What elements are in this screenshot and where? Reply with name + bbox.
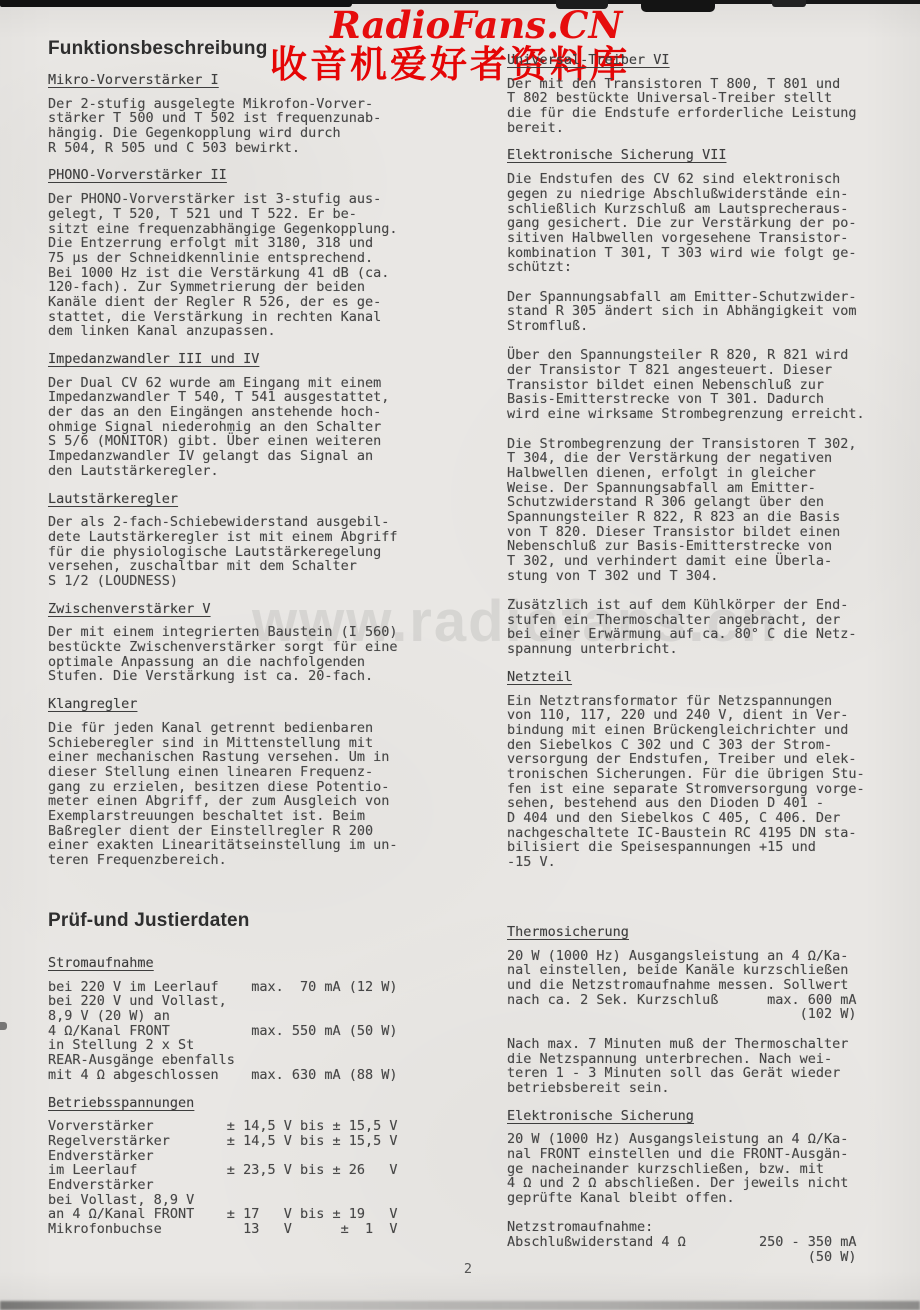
text-line: stattet, die Verstärkung in rechten Kana… bbox=[48, 310, 420, 325]
text-line bbox=[507, 422, 879, 437]
section-heading: Stromaufnahme bbox=[48, 956, 420, 971]
text-line: und die Netzstromaufnahme messen. Sollwe… bbox=[507, 978, 879, 993]
text-line: von T 820. Dieser Transistor bildet eine… bbox=[507, 525, 879, 540]
text-line: Stromfluß. bbox=[507, 319, 879, 334]
text-line: mit 4 Ω abgeschlossen max. 630 mA (88 W) bbox=[48, 1068, 420, 1083]
scan-top-blob bbox=[641, 0, 715, 12]
text-line: Nebenschluß zur Basis-Emitterstrecke von bbox=[507, 539, 879, 554]
text-line: optimale Anpassung an die nachfolgenden bbox=[48, 655, 420, 670]
text-line: Abschlußwiderstand 4 Ω 250 - 350 mA bbox=[507, 1235, 879, 1250]
section-heading: PHONO-Vorverstärker II bbox=[48, 168, 420, 183]
scan-top-edge-thick bbox=[0, 0, 352, 7]
text-line: 120-fach). Zur Symmetrierung der beiden bbox=[48, 280, 420, 295]
section-heading: Mikro-Vorverstärker I bbox=[48, 73, 420, 88]
scan-bottom-edge bbox=[0, 1301, 920, 1310]
text-line: Der mit den Transistoren T 800, T 801 un… bbox=[507, 77, 879, 92]
text-line: den Siebelkos C 302 und C 303 der Strom- bbox=[507, 738, 879, 753]
section-list: Universal-Treiber VIDer mit den Transist… bbox=[507, 53, 879, 870]
column-right-bottom: Thermosicherung20 W (1000 Hz) Ausgangsle… bbox=[507, 912, 879, 1264]
text-line: Regelverstärker ± 14,5 V bis ± 15,5 V bbox=[48, 1134, 420, 1149]
text-line: der Transistor T 821 angesteuert. Dieser bbox=[507, 363, 879, 378]
text-line: gang gesichert. Die zur Verstärkung der … bbox=[507, 216, 879, 231]
section-heading: Elektronische Sicherung bbox=[507, 1109, 879, 1124]
text-line: Baßregler dient der Einstellregler R 200 bbox=[48, 824, 420, 839]
text-line: Nach max. 7 Minuten muß der Thermoschalt… bbox=[507, 1037, 879, 1052]
text-line: -15 V. bbox=[507, 855, 879, 870]
text-line: Weise. Der Spannungsabfall am Emitter- bbox=[507, 481, 879, 496]
text-line bbox=[507, 1206, 879, 1221]
text-line bbox=[507, 275, 879, 290]
section-heading: Zwischenverstärker V bbox=[48, 602, 420, 617]
text-line bbox=[507, 1022, 879, 1037]
text-line: im Leerlauf ± 23,5 V bis ± 26 V bbox=[48, 1163, 420, 1178]
text-line: ge nacheinander kurzschließen, bzw. mit bbox=[507, 1162, 879, 1177]
section-list: Stromaufnahmebei 220 V im Leerlauf max. … bbox=[48, 956, 420, 1237]
text-line: Halbwellen dienen, erfolgt in gleicher bbox=[507, 466, 879, 481]
scan-margin-speck bbox=[0, 1022, 7, 1030]
text-line: Der mit einem integrierten Baustein (I 5… bbox=[48, 625, 420, 640]
text-line: S 1/2 (LOUDNESS) bbox=[48, 574, 420, 589]
text-line: gelegt, T 520, T 521 und T 522. Er be- bbox=[48, 207, 420, 222]
text-line: für die physiologische Lautstärkeregelun… bbox=[48, 545, 420, 560]
text-line: Netzstromaufnahme: bbox=[507, 1220, 879, 1235]
text-line: meter einen Abgriff, der zum Ausgleich v… bbox=[48, 794, 420, 809]
text-line: (102 W) bbox=[507, 1007, 879, 1022]
text-line: versorgung der Endstufen, Treiber und el… bbox=[507, 752, 879, 767]
text-line: einer mechanischen Rastung versehen. Um … bbox=[48, 750, 420, 765]
text-line: bestückte Zwischenverstärker sorgt für e… bbox=[48, 640, 420, 655]
text-line: Über den Spannungsteiler R 820, R 821 wi… bbox=[507, 348, 879, 363]
text-line: einer exakten Linearitätseinstellung im … bbox=[48, 838, 420, 853]
section-title: Prüf-und Justierdaten bbox=[48, 910, 420, 932]
text-line: T 304, die der Verstärkung der negativen bbox=[507, 451, 879, 466]
text-line: nach ca. 2 Sek. Kurzschluß max. 600 mA bbox=[507, 993, 879, 1008]
text-line: stärker T 500 und T 502 ist frequenzunab… bbox=[48, 111, 420, 126]
text-line: Die Endstufen des CV 62 sind elektronisc… bbox=[507, 172, 879, 187]
text-line: Basis-Emitterstrecke von T 301. Dadurch bbox=[507, 392, 879, 407]
text-line bbox=[507, 583, 879, 598]
text-line: bei 220 V und Vollast, bbox=[48, 994, 420, 1009]
page-title: Funktionsbeschreibung bbox=[48, 38, 420, 60]
text-line: 4 Ω/Kanal FRONT max. 550 mA (50 W) bbox=[48, 1024, 420, 1039]
text-line: Bei 1000 Hz ist die Verstärkung 41 dB (c… bbox=[48, 266, 420, 281]
section-heading: Thermosicherung bbox=[507, 925, 879, 940]
text-line: bei einer Erwärmung auf ca. 80° C die Ne… bbox=[507, 627, 879, 642]
text-line: Schutzwiderstand R 306 gelangt über den bbox=[507, 495, 879, 510]
text-line: betriebsbereit sein. bbox=[507, 1081, 879, 1096]
text-line: Die Entzerrung erfolgt mit 3180, 318 und bbox=[48, 236, 420, 251]
text-line: tronischen Sicherungen. Für die übrigen … bbox=[507, 767, 879, 782]
text-line: spannung unterbricht. bbox=[507, 642, 879, 657]
text-line: dieser Stellung einen linearen Frequenz- bbox=[48, 765, 420, 780]
text-line: 20 W (1000 Hz) Ausgangsleistung an 4 Ω/K… bbox=[507, 1132, 879, 1147]
text-line: gegen zu niedrige Abschlußwiderstände ei… bbox=[507, 187, 879, 202]
text-line: Impedanzwandler T 540, T 541 ausgestatte… bbox=[48, 390, 420, 405]
text-line: Zusätzlich ist auf dem Kühlkörper der En… bbox=[507, 598, 879, 613]
section-heading: Klangregler bbox=[48, 697, 420, 712]
text-line: Impedanzwandler IV gelangt das Signal an bbox=[48, 449, 420, 464]
text-line: Spannungsteiler R 822, R 823 an die Basi… bbox=[507, 510, 879, 525]
section-heading: Netzteil bbox=[507, 670, 879, 685]
text-line: an 4 Ω/Kanal FRONT ± 17 V bis ± 19 V bbox=[48, 1207, 420, 1222]
page-number: 2 bbox=[440, 1261, 496, 1277]
text-line: sitiven Halbwellen vorgesehene Transisto… bbox=[507, 231, 879, 246]
text-line: 8,9 V (20 W) an bbox=[48, 1009, 420, 1024]
text-line: kombination T 301, T 303 wird wie folgt … bbox=[507, 246, 879, 261]
text-line: Transistor bildet einen Nebenschluß zur bbox=[507, 378, 879, 393]
text-line: wird eine wirksame Strombegrenzung errei… bbox=[507, 407, 879, 422]
text-line: bilisiert die Speisespannungen +15 und bbox=[507, 840, 879, 855]
text-line: Vorverstärker ± 14,5 V bis ± 15,5 V bbox=[48, 1119, 420, 1134]
text-line: Der Dual CV 62 wurde am Eingang mit eine… bbox=[48, 376, 420, 391]
text-line: nal FRONT einstellen und die FRONT-Ausgä… bbox=[507, 1147, 879, 1162]
text-line: fen ist eine separate Stromversorgung vo… bbox=[507, 782, 879, 797]
text-line: REAR-Ausgänge ebenfalls bbox=[48, 1053, 420, 1068]
text-line: stand R 305 ändert sich in Abhängigkeit … bbox=[507, 304, 879, 319]
text-line: Der als 2-fach-Schiebewiderstand ausgebi… bbox=[48, 515, 420, 530]
text-line: Mikrofonbuchse 13 V ± 1 V bbox=[48, 1222, 420, 1237]
text-line: der das an den Eingängen anstehende hoch… bbox=[48, 405, 420, 420]
text-line: stung von T 302 und T 304. bbox=[507, 569, 879, 584]
text-line: hängig. Die Gegenkopplung wird durch bbox=[48, 126, 420, 141]
text-line: bei 220 V im Leerlauf max. 70 mA (12 W) bbox=[48, 980, 420, 995]
text-line: nachgeschaltete IC-Baustein RC 4195 DN s… bbox=[507, 826, 879, 841]
text-line: bereit. bbox=[507, 121, 879, 136]
scan-top-blob bbox=[772, 0, 806, 7]
text-line: die Netzspannung unterbrechen. Nach wei- bbox=[507, 1052, 879, 1067]
text-line: versehen, zuschaltbar mit dem Schalter bbox=[48, 559, 420, 574]
text-line: in Stellung 2 x St bbox=[48, 1038, 420, 1053]
text-line: gang zu erzielen, besitzen diese Potenti… bbox=[48, 780, 420, 795]
text-line: Ein Netztransformator für Netzspannungen bbox=[507, 694, 879, 709]
text-line: geprüfte Kanal bleibt offen. bbox=[507, 1191, 879, 1206]
text-line: Stufen. Die Verstärkung ist ca. 20-fach. bbox=[48, 669, 420, 684]
section-heading: Elektronische Sicherung VII bbox=[507, 148, 879, 163]
text-line: bindung mit einen Brückengleichrichter u… bbox=[507, 723, 879, 738]
scanned-manual-page: www.radiofans.cn RadioFans.CN 收音机爱好者资料库 … bbox=[0, 0, 920, 1310]
text-line: T 802 bestückte Universal-Treiber stellt bbox=[507, 91, 879, 106]
text-line: S 5/6 (MONITOR) gibt. Über einen weitere… bbox=[48, 434, 420, 449]
section-list: Mikro-Vorverstärker IDer 2-stufig ausgel… bbox=[48, 73, 420, 868]
section-heading: Universal-Treiber VI bbox=[507, 53, 879, 68]
text-line: R 504, R 505 und C 503 bewirkt. bbox=[48, 141, 420, 156]
text-line: sehen, bestehend aus den Dioden D 401 - bbox=[507, 796, 879, 811]
text-line: teren 1 - 3 Minuten soll das Gerät wiede… bbox=[507, 1066, 879, 1081]
text-line: Endverstärker bbox=[48, 1149, 420, 1164]
section-heading: Impedanzwandler III und IV bbox=[48, 352, 420, 367]
text-line: Die für jeden Kanal getrennt bedienbaren bbox=[48, 721, 420, 736]
section-heading: Betriebsspannungen bbox=[48, 1096, 420, 1111]
section-list: Thermosicherung20 W (1000 Hz) Ausgangsle… bbox=[507, 925, 879, 1264]
text-line: 75 µs der Schneidkennlinie entsprechend. bbox=[48, 251, 420, 266]
text-line: Kanäle dient der Regler R 526, der es ge… bbox=[48, 295, 420, 310]
text-line: dem linken Kanal anzupassen. bbox=[48, 324, 420, 339]
text-line: sitzt eine frequenzabhängige Gegenkopplu… bbox=[48, 222, 420, 237]
text-line: Exemplarstreuungen beschaltet ist. Beim bbox=[48, 809, 420, 824]
text-line: bei Vollast, 8,9 V bbox=[48, 1193, 420, 1208]
section-heading: Lautstärkeregler bbox=[48, 492, 420, 507]
text-line: (50 W) bbox=[507, 1250, 879, 1265]
text-line: schließlich Kurzschluß am Lautsprecherau… bbox=[507, 202, 879, 217]
text-line: D 404 und den Siebelkos C 405, C 406. De… bbox=[507, 811, 879, 826]
text-line: Der 2-stufig ausgelegte Mikrofon-Vorver- bbox=[48, 97, 420, 112]
text-line: Der Spannungsabfall am Emitter-Schutzwid… bbox=[507, 290, 879, 305]
text-line: Die Strombegrenzung der Transistoren T 3… bbox=[507, 437, 879, 452]
text-line: 4 Ω und 2 Ω abschließen. Der jeweils nic… bbox=[507, 1176, 879, 1191]
text-line: den Lautstärkeregler. bbox=[48, 464, 420, 479]
text-line: Der PHONO-Vorverstärker ist 3-stufig aus… bbox=[48, 192, 420, 207]
text-line: dete Lautstärkeregler ist mit einem Abgr… bbox=[48, 530, 420, 545]
text-line: schützt: bbox=[507, 260, 879, 275]
text-line: die für die Endstufe erforderliche Leist… bbox=[507, 106, 879, 121]
text-line: 20 W (1000 Hz) Ausgangsleistung an 4 Ω/K… bbox=[507, 949, 879, 964]
text-line: T 302, und verhindert damit eine Überla- bbox=[507, 554, 879, 569]
text-line: von 110, 117, 220 und 240 V, dient in Ve… bbox=[507, 708, 879, 723]
column-right-top: Universal-Treiber VIDer mit den Transist… bbox=[507, 40, 879, 870]
column-left-bottom: Prüf-und Justierdaten Stromaufnahmebei 2… bbox=[48, 910, 420, 1237]
text-line: nal einstellen, beide Kanäle kurzschließ… bbox=[507, 963, 879, 978]
text-line: Endverstärker bbox=[48, 1178, 420, 1193]
column-left-top: Funktionsbeschreibung Mikro-Vorverstärke… bbox=[48, 38, 420, 868]
text-line: teren Frequenzbereich. bbox=[48, 853, 420, 868]
text-line: stufen ein Thermoschalter angebracht, de… bbox=[507, 613, 879, 628]
text-line: Schieberegler sind in Mittenstellung mit bbox=[48, 736, 420, 751]
